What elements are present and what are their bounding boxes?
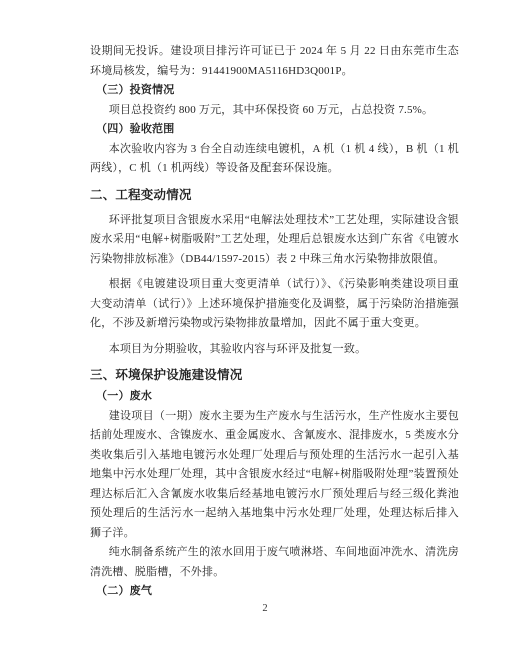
chapter-heading: 二、工程变动情况: [90, 185, 459, 205]
chapter-heading: 三、环境保护设施建设情况: [90, 365, 459, 385]
page-number: 2: [0, 603, 530, 614]
section-heading: （四）验收范围: [90, 120, 459, 140]
document-page: 设期间无投诉。建设项目排污许可证已于 2024 年 5 月 22 日由东莞市生态…: [0, 0, 530, 650]
body-paragraph: 环评批复项目含银废水采用“电解法处理技术”工艺处理，实际建设含银废水采用“电解+…: [90, 211, 459, 270]
body-paragraph: 本次验收内容为 3 台全自动连续电镀机，A 机（1 机 4 线），B 机（1 机…: [90, 140, 459, 179]
body-paragraph: 建设项目（一期）废水主要为生产废水与生活污水，生产性废水主要包括前处理废水、含镍…: [90, 407, 459, 544]
body-paragraph: 纯水制备系统产生的浓水回用于废气喷淋塔、车间地面冲洗水、清洗房清洗槽、脱脂槽，不…: [90, 543, 459, 582]
body-paragraph: 项目总投资约 800 万元，其中环保投资 60 万元，占总投资 7.5%。: [90, 101, 459, 121]
section-heading: （三）投资情况: [90, 81, 459, 101]
body-paragraph: 根据《电镀建设项目重大变更清单（试行）》、《污染影响类建设项目重大变动清单（试行…: [90, 275, 459, 334]
section-heading: （一）废水: [90, 387, 459, 407]
section-heading: （二）废气: [90, 582, 459, 602]
body-paragraph-continued: 设期间无投诉。建设项目排污许可证已于 2024 年 5 月 22 日由东莞市生态…: [90, 42, 459, 81]
body-paragraph: 本项目为分期验收，其验收内容与环评及批复一致。: [90, 340, 459, 360]
document-content: 设期间无投诉。建设项目排污许可证已于 2024 年 5 月 22 日由东莞市生态…: [90, 42, 459, 602]
